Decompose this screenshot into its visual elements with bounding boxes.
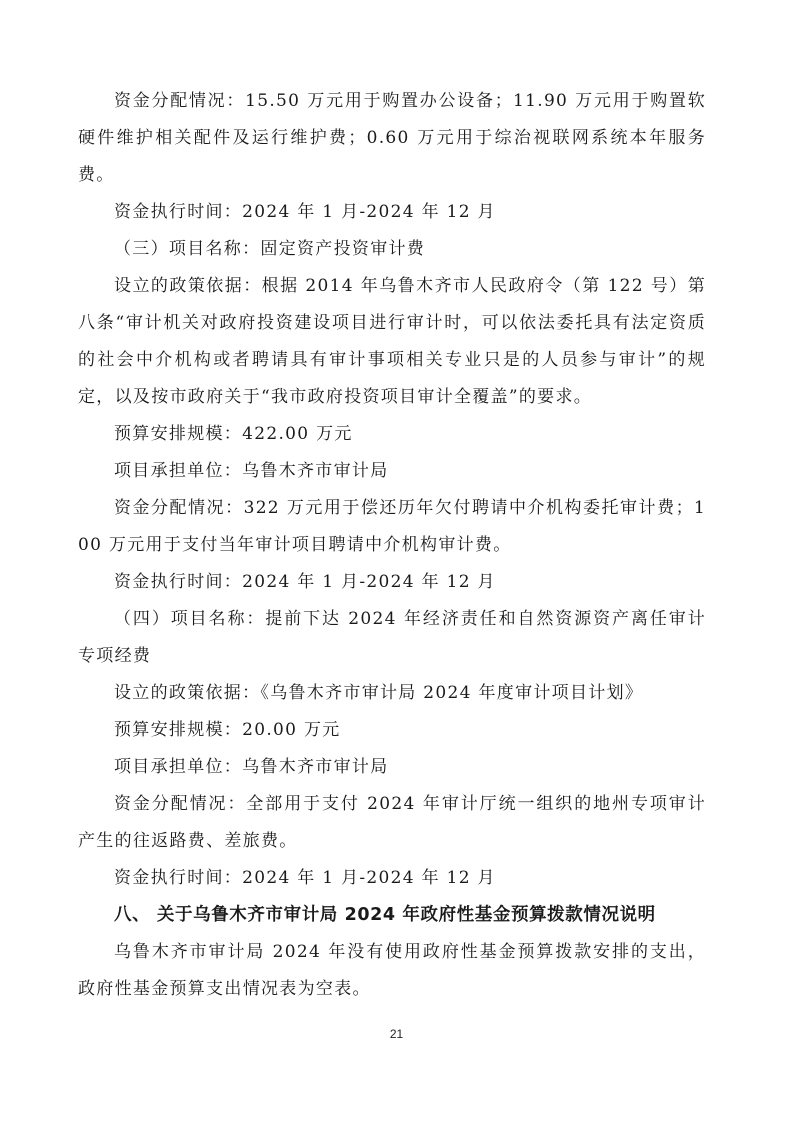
- execution-time-paragraph: 资金执行时间：2024 年 1 月-2024 年 12 月: [78, 564, 706, 601]
- budget-scale-paragraph: 预算安排规模：422.00 万元: [78, 416, 706, 453]
- budget-scale-paragraph: 预算安排规模：20.00 万元: [78, 712, 706, 749]
- execution-time-paragraph: 资金执行时间：2024 年 1 月-2024 年 12 月: [78, 860, 706, 897]
- fund-allocation-paragraph: 资金分配情况：15.50 万元用于购置办公设备；11.90 万元用于购置软硬件维…: [78, 83, 706, 194]
- document-page: 资金分配情况：15.50 万元用于购置办公设备；11.90 万元用于购置软硬件维…: [78, 83, 706, 1008]
- page-number: 21: [0, 1027, 793, 1041]
- fund-allocation-paragraph: 资金分配情况：322 万元用于偿还历年欠付聘请中介机构委托审计费；100 万元用…: [78, 490, 706, 564]
- government-fund-paragraph: 乌鲁木齐市审计局 2024 年没有使用政府性基金预算拨款安排的支出，政府性基金预…: [78, 934, 706, 1008]
- responsible-unit-paragraph: 项目承担单位：乌鲁木齐市审计局: [78, 453, 706, 490]
- fund-allocation-paragraph: 资金分配情况：全部用于支付 2024 年审计厅统一组织的地州专项审计产生的往返路…: [78, 786, 706, 860]
- responsible-unit-paragraph: 项目承担单位：乌鲁木齐市审计局: [78, 749, 706, 786]
- project-three-title: （三）项目名称：固定资产投资审计费: [78, 231, 706, 268]
- policy-basis-paragraph: 设立的政策依据：《乌鲁木齐市审计局 2024 年度审计项目计划》: [78, 675, 706, 712]
- section-eight-heading: 八、 关于乌鲁木齐市审计局 2024 年政府性基金预算拨款情况说明: [78, 897, 706, 934]
- execution-time-paragraph: 资金执行时间：2024 年 1 月-2024 年 12 月: [78, 194, 706, 231]
- project-four-title: （四）项目名称：提前下达 2024 年经济责任和自然资源资产离任审计专项经费: [78, 601, 706, 675]
- policy-basis-paragraph: 设立的政策依据：根据 2014 年乌鲁木齐市人民政府令（第 122 号）第八条“…: [78, 268, 706, 416]
